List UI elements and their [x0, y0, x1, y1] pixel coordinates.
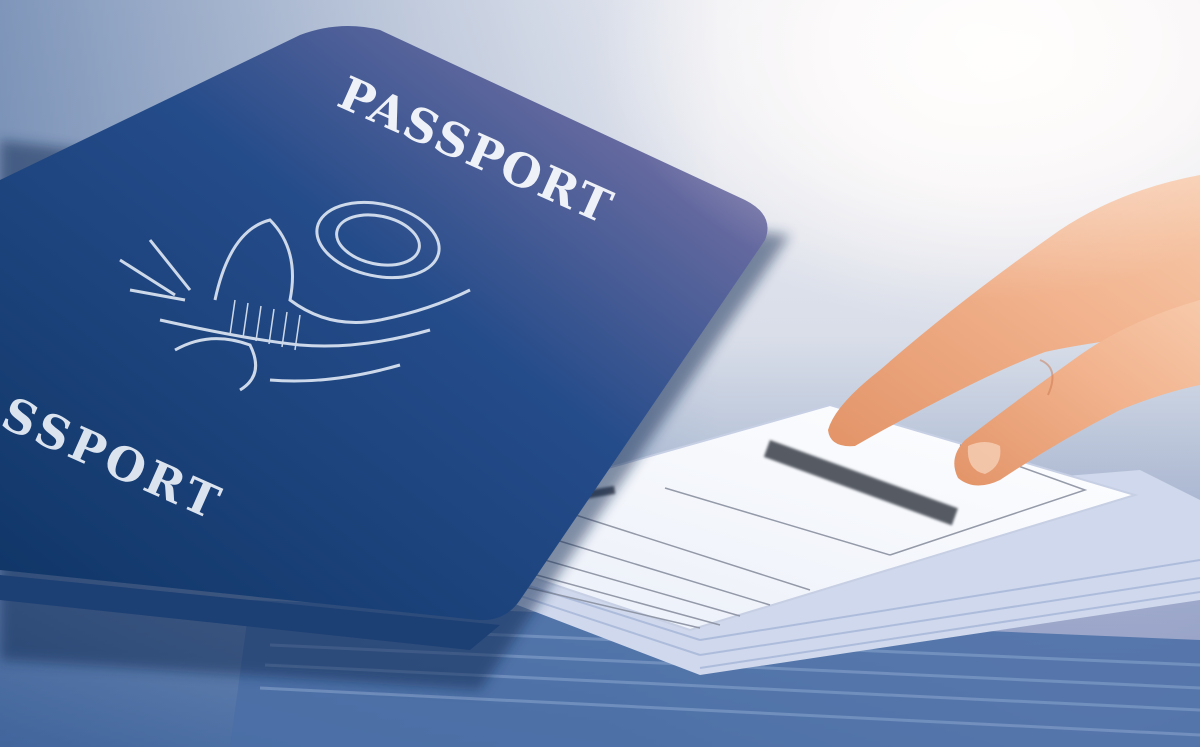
photo-scene: PASSPORT PASSPORT — [0, 0, 1200, 747]
scene-illustration: PASSPORT PASSPORT — [0, 0, 1200, 747]
